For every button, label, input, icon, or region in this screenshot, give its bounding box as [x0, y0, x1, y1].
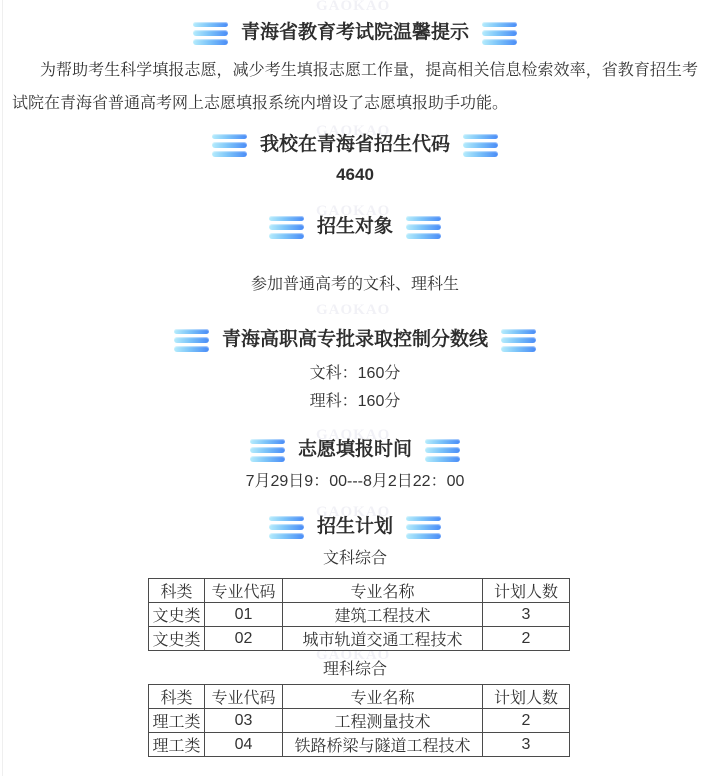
- fill-time-title: 志愿填报时间: [298, 437, 412, 463]
- cell-major-name: 建筑工程技术: [283, 603, 483, 627]
- triple-bars-icon: [212, 134, 247, 157]
- liberal-arts-group-label: 文科综合: [0, 548, 710, 570]
- fill-time-range: 7月29日9：00---8月2日22：00: [0, 471, 710, 493]
- col-header-major-name: 专业名称: [283, 579, 483, 603]
- cell-major-name: 铁路桥梁与隧道工程技术: [283, 733, 483, 757]
- page: GAOKAO GAOKAO GAOKAO GAOKAO GAOKAO GAOKA…: [0, 0, 710, 776]
- triple-bars-icon: [406, 516, 441, 539]
- plan-title: 招生计划: [317, 514, 393, 540]
- col-header-planned-count: 计划人数: [483, 579, 570, 603]
- col-header-planned-count: 计划人数: [483, 685, 570, 709]
- plan-heading: 招生计划: [0, 514, 710, 540]
- watermark-text: GAOKAO: [316, 0, 390, 15]
- article-content: 青海省教育考试院温馨提示 为帮助考生科学填报志愿，减少考生填报志愿工作量，提高相…: [0, 20, 710, 757]
- enroll-target-title: 招生对象: [317, 214, 393, 240]
- table-header-row: 科类 专业代码 专业名称 计划人数: [149, 579, 570, 603]
- cell-major-name: 工程测量技术: [283, 709, 483, 733]
- notice-title: 青海省教育考试院温馨提示: [241, 20, 469, 46]
- science-plan-table: 科类 专业代码 专业名称 计划人数 理工类 03 工程测量技术 2 理工类 04…: [148, 684, 570, 757]
- notice-body-text: 为帮助考生科学填报志愿，减少考生填报志愿工作量，提高相关信息检索效率，省教育招生…: [12, 54, 698, 120]
- liberal-arts-score: 文科：160分: [0, 360, 710, 388]
- cell-major-code: 02: [205, 627, 283, 651]
- cell-planned-count: 2: [483, 627, 570, 651]
- triple-bars-icon: [193, 22, 228, 45]
- triple-bars-icon: [269, 216, 304, 239]
- science-group-label: 理科综合: [0, 659, 710, 681]
- enroll-target-text: 参加普通高考的文科、理科生: [0, 274, 710, 296]
- triple-bars-icon: [482, 22, 517, 45]
- table-row: 理工类 04 铁路桥梁与隧道工程技术 3: [149, 733, 570, 757]
- cell-category: 文史类: [149, 603, 205, 627]
- score-line-heading: 青海高职高专批录取控制分数线: [0, 327, 710, 353]
- enroll-target-heading: 招生对象: [0, 214, 710, 240]
- cell-major-code: 04: [205, 733, 283, 757]
- table-row: 文史类 02 城市轨道交通工程技术 2: [149, 627, 570, 651]
- fill-time-heading: 志愿填报时间: [0, 437, 710, 463]
- admission-code-title: 我校在青海省招生代码: [260, 132, 450, 158]
- cell-major-name: 城市轨道交通工程技术: [283, 627, 483, 651]
- triple-bars-icon: [425, 439, 460, 462]
- science-score: 理科：160分: [0, 388, 710, 416]
- table-header-row: 科类 专业代码 专业名称 计划人数: [149, 685, 570, 709]
- cell-major-code: 03: [205, 709, 283, 733]
- notice-heading: 青海省教育考试院温馨提示: [0, 20, 710, 46]
- admission-code-heading: 我校在青海省招生代码: [0, 132, 710, 158]
- cell-major-code: 01: [205, 603, 283, 627]
- triple-bars-icon: [174, 329, 209, 352]
- col-header-major-code: 专业代码: [205, 579, 283, 603]
- cell-planned-count: 3: [483, 603, 570, 627]
- triple-bars-icon: [406, 216, 441, 239]
- col-header-category: 科类: [149, 685, 205, 709]
- table-row: 理工类 03 工程测量技术 2: [149, 709, 570, 733]
- table-row: 文史类 01 建筑工程技术 3: [149, 603, 570, 627]
- cell-category: 理工类: [149, 709, 205, 733]
- triple-bars-icon: [250, 439, 285, 462]
- cell-category: 理工类: [149, 733, 205, 757]
- liberal-arts-plan-table: 科类 专业代码 专业名称 计划人数 文史类 01 建筑工程技术 3 文史类 02…: [148, 578, 570, 651]
- triple-bars-icon: [501, 329, 536, 352]
- admission-code-value: 4640: [0, 164, 710, 186]
- triple-bars-icon: [269, 516, 304, 539]
- cell-planned-count: 2: [483, 709, 570, 733]
- col-header-category: 科类: [149, 579, 205, 603]
- score-line-title: 青海高职高专批录取控制分数线: [222, 327, 488, 353]
- score-lines: 文科：160分 理科：160分: [0, 360, 710, 416]
- cell-planned-count: 3: [483, 733, 570, 757]
- col-header-major-code: 专业代码: [205, 685, 283, 709]
- cell-category: 文史类: [149, 627, 205, 651]
- col-header-major-name: 专业名称: [283, 685, 483, 709]
- triple-bars-icon: [463, 134, 498, 157]
